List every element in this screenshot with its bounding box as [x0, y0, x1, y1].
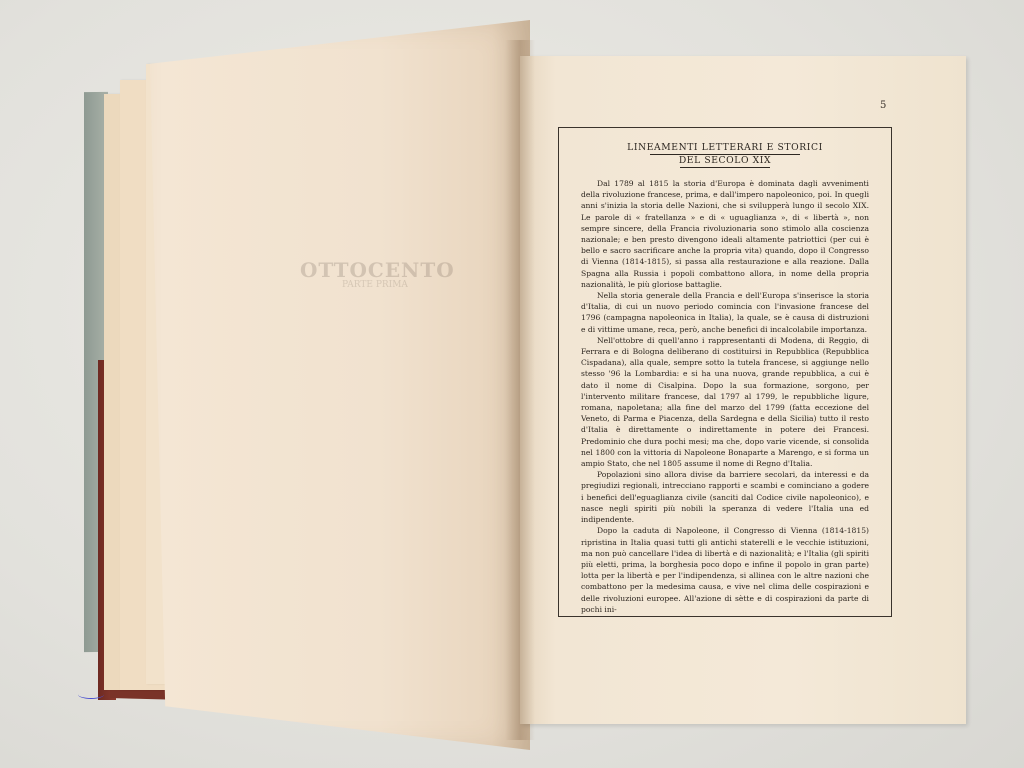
paragraph: Dal 1789 al 1815 la storia d'Europa è do… [581, 178, 869, 290]
paragraph: Nell'ottobre di quell'anno i rappresenta… [581, 335, 869, 469]
left-page [150, 20, 530, 750]
bleed-through-title: OTTOCENTO [300, 258, 450, 282]
paragraph: Dopo la caduta di Napoleone, il Congress… [581, 525, 869, 615]
pen-mark [78, 690, 104, 699]
book-gutter [505, 40, 535, 740]
chapter-title-line1: LINEAMENTI LETTERARI E STORICI [627, 142, 823, 153]
paragraph: Nella storia generale della Francia e de… [581, 290, 869, 335]
paragraph: Popolazioni sino allora divise da barrie… [581, 469, 869, 525]
title-underline [680, 167, 770, 168]
text-frame: LINEAMENTI LETTERARI E STORICI DEL SECOL… [558, 127, 892, 617]
page-number: 5 [880, 100, 886, 111]
chapter-title-line2: DEL SECOLO XIX [581, 155, 869, 166]
bleed-through-subtitle: PARTE PRIMA [320, 280, 430, 290]
chapter-title: LINEAMENTI LETTERARI E STORICI DEL SECOL… [581, 142, 869, 168]
body-text: Dal 1789 al 1815 la storia d'Europa è do… [581, 178, 869, 615]
